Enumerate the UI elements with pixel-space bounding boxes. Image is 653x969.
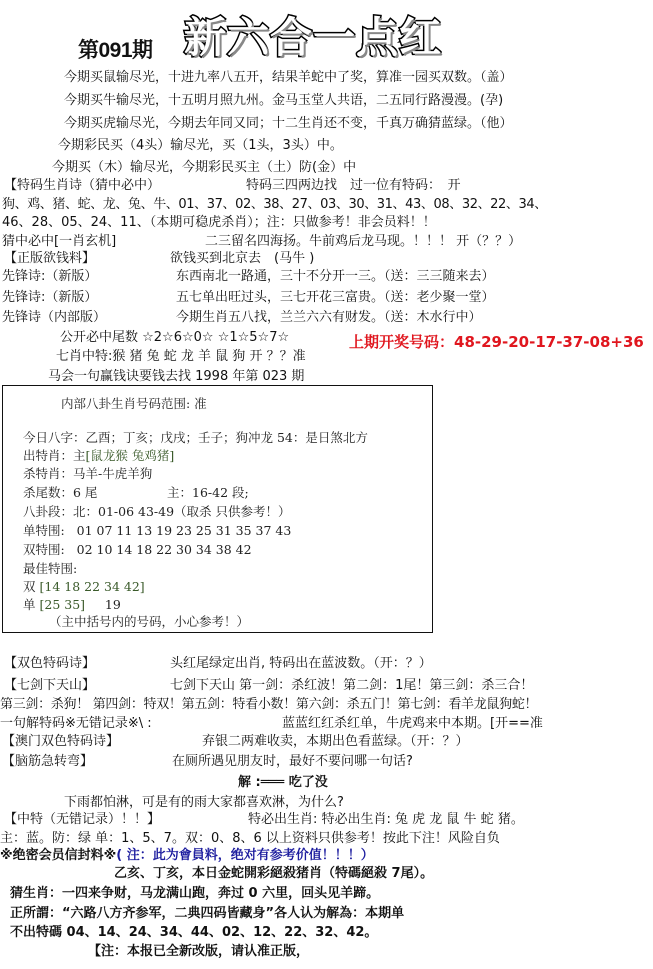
issue-number: 第091期 (78, 34, 153, 64)
last-draw-label: 上期开奖号码： (349, 333, 454, 351)
intro-line: 今期买（木）输尽光，今期彩民买主（土）防(金）中 (52, 160, 356, 176)
tema-poem-note: 46、28、05、24、11、（本期可稳虎杀肖）；注：只做参考！非会员料！！ (2, 215, 436, 231)
kill-zodiac: 杀特肖：马羊-牛虎羊狗 (23, 466, 152, 482)
odd-range: 单特围: 01 07 11 13 19 23 25 31 35 37 43 (23, 523, 291, 539)
main-range: 主：16-42 段; (167, 485, 249, 501)
two-color-poem-text: 头红尾绿定出肖, 特码出在蓝波数。（开：？） (170, 656, 432, 672)
brain-teaser-question2: 下雨都怕淋，可是有的雨大家都喜欢淋，为什么? (64, 795, 344, 811)
money-material-label: 【正版欲钱料】 (4, 251, 95, 267)
even-range: 双特围: 02 10 14 18 22 30 34 38 42 (23, 542, 252, 558)
pioneer-poem-text: 今期生肖五八找，兰兰六六有财发。（送：木水行中） (176, 310, 482, 326)
intro-line: 今期彩民买（4头）输尽光，买（1头，3头）中。 (58, 138, 343, 154)
bagua-note: （主中括号内的号码，小心参考！） (49, 614, 249, 630)
tema-poem-label: 【特码生肖诗（猜中必中） (4, 178, 160, 194)
pioneer-poem-label: 先锋诗:（新版） (2, 269, 97, 285)
two-color-poem-label: 【双色特码诗】 (4, 656, 95, 672)
pioneer-poem-label: 先锋诗:（新版） (2, 290, 97, 306)
color-hint: 主：蓝。防：绿 单：1、5、7。双：0、8、6 以上资料只供参考！按此下注！风险… (0, 831, 500, 847)
best-odd-extra: 19 (105, 597, 121, 612)
best-even-value: [14 18 22 34 42] (40, 579, 145, 594)
secret-member-note: ( 注：此为會員料，绝对有参考价值！！！） (116, 848, 373, 863)
page-title: 新六合一点红 (184, 14, 442, 62)
even-range-numbers: 02 10 14 18 22 30 34 38 42 (77, 542, 252, 557)
tail-numbers: 公开必中尾数 ☆2☆6☆0☆ ☆1☆5☆7☆ (60, 330, 289, 346)
seven-swords-label: 【七剑下天山】 (4, 678, 95, 694)
bagua-title: 内部八卦生肖号码范围: 准 (61, 396, 207, 412)
pioneer-poem-label: 先锋诗（内部版） (2, 310, 106, 326)
intro-line: 今期买虎输尽光，今期去年同又同；十二生肖还不变，千真万确猜蓝绿。（他） (64, 116, 513, 132)
tema-poem-numbers: 狗、鸡、猪、蛇、龙、兔、牛、01、37、02、38、27、03、30、31、43… (2, 197, 547, 213)
riddle-label: 猜中必中[一肖玄机] (2, 234, 116, 250)
one-phrase-text: 蓝蓝红红杀红单，牛虎鸡来中本期。[开==准 (282, 716, 543, 732)
secret-line: 不出特碼 04、14、24、34、44、02、12、22、32、42。 (10, 925, 377, 941)
zhongte-text: 特必出生肖: 特必出生肖: 兔 虎 龙 鼠 牛 蛇 猪。 (248, 812, 524, 828)
secret-line: 猜生肖：一四来争财，马龙满山跑，奔过 0 六里，回头见羊蹄。 (10, 886, 379, 902)
secret-member: ※绝密会员信封料※( 注：此为會員料，绝对有参考价值！！！） (0, 848, 374, 864)
odd-range-label: 单特围: (23, 523, 65, 538)
brain-teaser-label: 【脑筋急转弯】 (2, 754, 93, 770)
odd-range-numbers: 01 07 11 13 19 23 25 31 35 37 43 (77, 523, 292, 538)
pioneer-poem-text: 五七单出旺过头，三七开花三富贵。（送：老少聚一堂） (176, 290, 495, 306)
one-phrase-label: 一句解特码※无错记录※\ : (0, 716, 152, 732)
riddle-text: 二三留名四海扬。牛前鸡后龙马现。！！！ 开（？？） (205, 234, 521, 250)
out-zodiac-label: 出特肖：主 (23, 448, 86, 463)
last-draw: 上期开奖号码：48-29-20-17-37-08+36 (349, 334, 644, 350)
seven-swords-text: 七剑下天山 第一剑：杀红波！第二剑：1尾！第三剑：杀三合！ (170, 678, 533, 694)
best-range-label: 最佳特围: (23, 561, 77, 577)
out-zodiac: 出特肖：主[鼠龙猴 兔鸡猪] (23, 448, 174, 464)
zhongte-label: 【中特（无错记录）！！】 (4, 812, 160, 828)
out-zodiac-value: [鼠龙猴 兔鸡猪] (86, 448, 175, 463)
brain-teaser-question: 在厕所遇见朋友时，最好不要问哪一句话? (172, 754, 413, 770)
best-even-label: 双 (23, 579, 36, 594)
intro-line: 今期买牛输尽光，十五明月照九州。金马玉堂人共语，二五同行路漫漫。(孕) (64, 93, 503, 109)
best-odd-label: 单 (23, 597, 36, 612)
tema-poem-text: 特码三四两边找 过一位有特码： 开 (246, 178, 461, 194)
best-odd-value: [25 35] (40, 597, 86, 612)
horse-club-tip: 马会一句赢钱诀要钱去找 1998 年第 023 期 (48, 369, 304, 385)
bazi-line: 今日八字：乙酉；丁亥；戊戌；壬子；狗冲龙 54：是日煞北方 (23, 430, 368, 446)
kill-tail: 杀尾数：6 尾 (23, 485, 97, 501)
money-material-text: 欲钱买到北京去 (马牛 ) (170, 251, 314, 267)
macau-poem-text: 弃银二两难收卖，本期出色看蓝绿。（开：？） (202, 734, 469, 750)
best-odd: 单 [25 35] 19 (23, 597, 121, 613)
macau-poem-label: 【澳门双色特码诗】 (2, 734, 119, 750)
seven-swords-line2: 第三剑：杀狗！ 第四剑：特双！第五剑：特看小数！第六剑：杀五门！第七剑：看羊龙鼠… (0, 697, 537, 713)
secret-member-label: ※绝密会员信封料※ (0, 848, 116, 863)
intro-line: 今期买鼠输尽光，十进九率八五开，结果羊蛇中了奖，算准一园买双数。（盖） (64, 70, 513, 86)
last-draw-numbers: 48-29-20-17-37-08+36 (454, 333, 644, 351)
bagua-box: 内部八卦生肖号码范围: 准 今日八字：乙酉；丁亥；戊戌；壬子；狗冲龙 54：是日… (2, 385, 433, 633)
secret-line: 乙亥、丁亥，本日金蛇開彩絕殺猪肖（特碼絕殺 7尾）。 (114, 866, 433, 882)
pioneer-poem-text: 东西南北一路通，三十不分开一三。（送：三三随来去） (176, 269, 495, 285)
brain-teaser-answer: 解 :═══ 吃了没 (238, 775, 328, 791)
secret-line: 正所謂：“六路八方齐参军，二典四码皆藏身”各人认为解為：本期单 (10, 906, 404, 922)
even-range-label: 双特围: (23, 542, 65, 557)
seven-zodiac: 七肖中特:猴 猪 兔 蛇 龙 羊 鼠 狗 开 ？？准 (56, 349, 306, 365)
bagua-segment: 八卦段：北：01-06 43-49（取杀 只供参考！） (23, 504, 291, 520)
footer-note: 【注：本报已全新改版，请认准正版， (88, 944, 309, 960)
best-even: 双 [14 18 22 34 42] (23, 579, 145, 595)
